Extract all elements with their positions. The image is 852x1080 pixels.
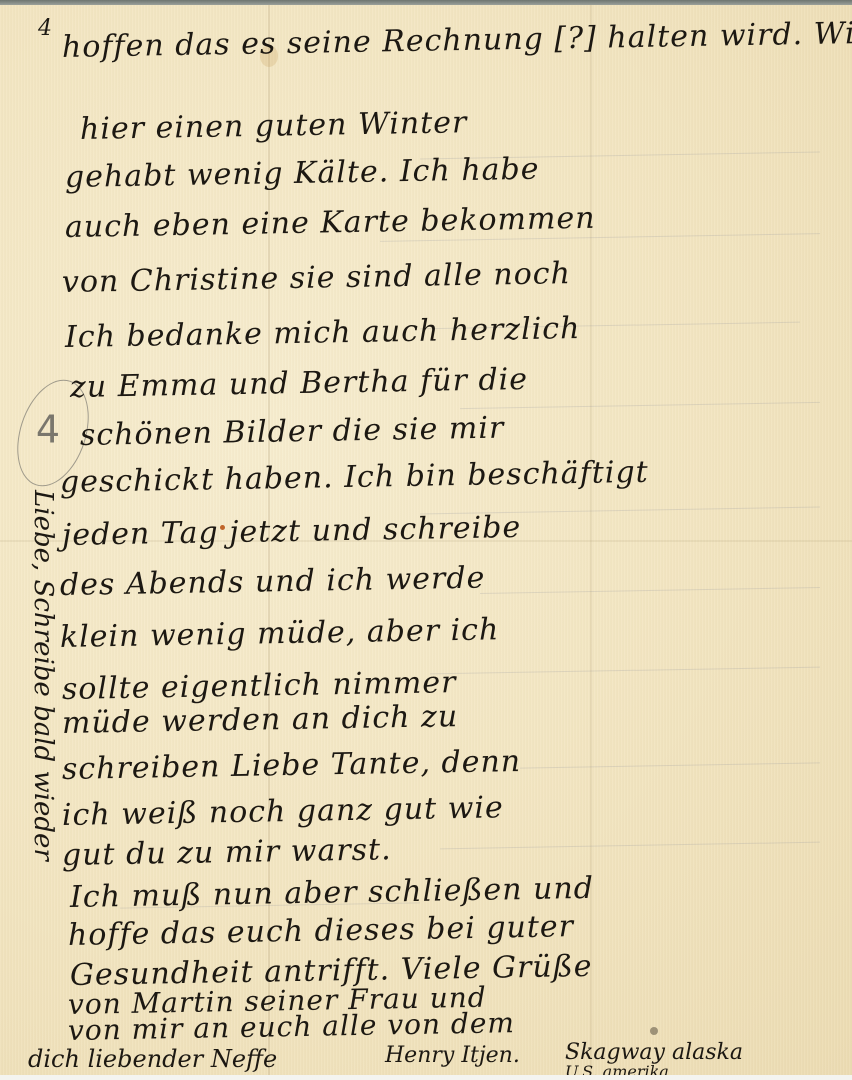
letter-closing: dich liebender Neffe: [28, 1045, 277, 1073]
letter-line: gut du zu mir warst.: [62, 832, 392, 873]
letter-line: jeden Tag jetzt und schreibe: [62, 510, 522, 553]
letter-line: müde werden an dich zu: [62, 699, 459, 741]
letter-line: auch eben eine Karte bekommen: [65, 201, 596, 245]
letter-line: hier einen guten Winter: [80, 105, 468, 147]
letter-line: von mir an euch alle von dem: [68, 1006, 515, 1047]
letter-line: von Christine sie sind alle noch: [62, 256, 571, 300]
letter-line: Ich muß nun aber schließen und: [70, 871, 595, 915]
letter-body: hoffen das es seine Rechnung [?] halten …: [0, 0, 852, 1080]
letter-line: ich weiß noch ganz gut wie: [62, 790, 504, 833]
letter-line: Ich bedanke mich auch herzlich: [65, 311, 581, 355]
letter-line: geschickt haben. Ich bin beschäftigt: [60, 455, 649, 500]
scanned-letter-page: 4 4 hoffen das es seine Rechnung [?] hal…: [0, 0, 852, 1080]
scan-bottom-edge: [0, 1075, 852, 1080]
vertical-margin-note: Liebe, Schreibe bald wieder: [28, 490, 58, 910]
letter-signature: Henry Itjen.: [385, 1043, 520, 1068]
letter-line: gehabt wenig Kälte. Ich habe: [65, 152, 540, 195]
letter-line: hoffe das euch dieses bei guter: [68, 909, 575, 953]
letter-line: klein wenig müde, aber ich: [60, 612, 500, 655]
letter-line: hoffen das es seine Rechnung [?] halten …: [62, 14, 852, 65]
letter-line: schreiben Liebe Tante, denn: [62, 744, 522, 787]
letter-line: schönen Bilder die sie mir: [80, 411, 505, 453]
letter-line: des Abends und ich werde: [60, 561, 486, 603]
letter-line: zu Emma und Bertha für die: [70, 362, 529, 405]
